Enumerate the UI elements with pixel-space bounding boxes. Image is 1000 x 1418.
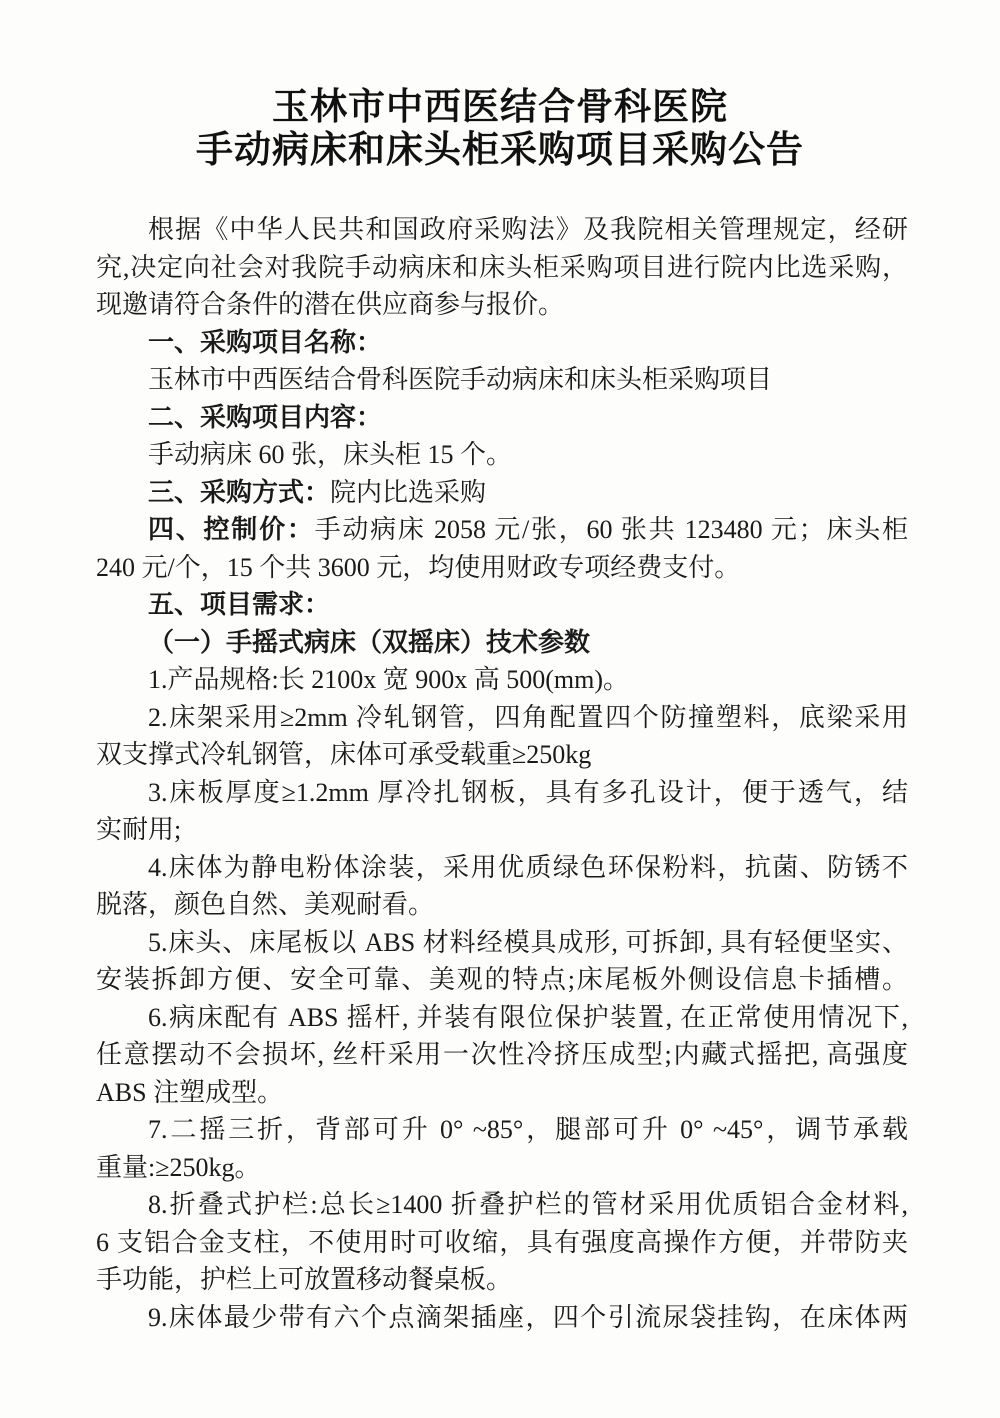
document-title-line-1: 玉林市中西医结合骨科医院 (0, 86, 1000, 129)
doc-line-23: 任意摆动不会损坏, 丝杆采用一次性冷挤压成型;内藏式摇把, 高强度 (96, 1036, 908, 1074)
doc-text: 安装拆卸方便、安全可靠、美观的特点;床尾板外侧设信息卡插槽。 (96, 965, 908, 994)
doc-line-5: 玉林市中西医结合骨科医院手动病床和床头柜采购项目 (96, 361, 908, 399)
document-body: 根据《中华人民共和国政府采购法》及我院相关管理规定，经研究,决定向社会对我院手动… (96, 211, 908, 1336)
doc-text: 4.床体为静电粉体涂装，采用优质绿色环保粉料，抗菌、防锈不 (148, 853, 908, 882)
doc-text: 现邀请符合条件的潜在供应商参与报价。 (96, 290, 564, 319)
doc-heading-text: 三、采购方式： (148, 477, 330, 507)
doc-line-18: 4.床体为静电粉体涂装，采用优质绿色环保粉料，抗菌、防锈不 (96, 849, 908, 887)
doc-text: 重量:≥250kg。 (96, 1153, 261, 1182)
doc-line-10: 240 元/个，15 个共 3600 元，均使用财政专项经费支付。 (96, 549, 908, 587)
doc-line-14: 2.床架采用≥2mm 冷轧钢管，四角配置四个防撞塑料，底梁采用 (96, 699, 908, 737)
doc-line-16: 3.床板厚度≥1.2mm 厚冷扎钢板，具有多孔设计，便于透气，结 (96, 774, 908, 812)
doc-text: 手动病床 2058 元/张，60 张共 123480 元；床头柜 (315, 515, 908, 544)
doc-line-4: 一、采购项目名称： (96, 324, 908, 362)
doc-line-11: 五、项目需求： (96, 586, 908, 624)
doc-line-8: 三、采购方式：院内比选采购 (96, 474, 908, 512)
doc-heading-text: 五、项目需求： (148, 589, 330, 619)
doc-line-22: 6.病床配有 ABS 摇杆, 并装有限位保护装置, 在正常使用情况下, (96, 999, 908, 1037)
doc-line-6: 二、采购项目内容： (96, 399, 908, 437)
doc-text: ABS 注塑成型。 (96, 1078, 283, 1107)
doc-line-20: 5.床头、床尾板以 ABS 材料经模具成形, 可拆卸, 具有轻便坚实、 (96, 924, 908, 962)
doc-text: 任意摆动不会损坏, 丝杆采用一次性冷挤压成型;内藏式摇把, 高强度 (96, 1040, 908, 1069)
doc-text: 2.床架采用≥2mm 冷轧钢管，四角配置四个防撞塑料，底梁采用 (148, 703, 908, 732)
doc-line-27: 8.折叠式护栏:总长≥1400 折叠护栏的管材采用优质铝合金材料, (96, 1186, 908, 1224)
doc-heading-text: （一）手摇式病床（双摇床）技术参数 (148, 628, 590, 657)
doc-line-28: 6 支铝合金支柱，不使用时可收缩，具有强度高操作方便，并带防夹 (96, 1224, 908, 1262)
doc-line-7: 手动病床 60 张，床头柜 15 个。 (96, 436, 908, 474)
doc-text: 玉林市中西医结合骨科医院手动病床和床头柜采购项目 (148, 365, 772, 394)
doc-text: 9.床体最少带有六个点滴架插座，四个引流尿袋挂钩，在床体两 (148, 1303, 908, 1332)
doc-heading-text: 二、采购项目内容： (148, 402, 382, 432)
doc-text: 院内比选采购 (330, 478, 486, 507)
doc-text: 根据《中华人民共和国政府采购法》及我院相关管理规定，经研 (148, 215, 908, 244)
doc-text: 手功能，护栏上可放置移动餐桌板。 (96, 1265, 512, 1294)
doc-text: 6.病床配有 ABS 摇杆, 并装有限位保护装置, 在正常使用情况下, (148, 1003, 908, 1032)
doc-text: 实耐用; (96, 815, 181, 844)
doc-heading-text: 一、采购项目名称： (148, 327, 382, 357)
doc-text: 双支撑式冷轧钢管，床体可承受载重≥250kg (96, 740, 591, 769)
doc-text: 6 支铝合金支柱，不使用时可收缩，具有强度高操作方便，并带防夹 (96, 1228, 908, 1257)
doc-line-3: 现邀请符合条件的潜在供应商参与报价。 (96, 286, 908, 324)
doc-text: 3.床板厚度≥1.2mm 厚冷扎钢板，具有多孔设计，便于透气，结 (148, 778, 908, 807)
doc-line-25: 7.二摇三折，背部可升 0° ~85°，腿部可升 0° ~45°，调节承载 (96, 1111, 908, 1149)
doc-line-24: ABS 注塑成型。 (96, 1074, 908, 1112)
doc-line-13: 1.产品规格:长 2100x 宽 900x 高 500(mm)。 (96, 661, 908, 699)
doc-line-21: 安装拆卸方便、安全可靠、美观的特点;床尾板外侧设信息卡插槽。 (96, 961, 908, 999)
doc-text: 7.二摇三折，背部可升 0° ~85°，腿部可升 0° ~45°，调节承载 (148, 1115, 908, 1144)
document-title: 玉林市中西医结合骨科医院 手动病床和床头柜采购项目采购公告 (0, 86, 1000, 172)
doc-line-12: （一）手摇式病床（双摇床）技术参数 (96, 624, 908, 662)
doc-text: 究,决定向社会对我院手动病床和床头柜采购项目进行院内比选采购， (96, 253, 908, 282)
doc-line-9: 四、控制价：手动病床 2058 元/张，60 张共 123480 元；床头柜 (96, 511, 908, 549)
doc-text: 脱落，颜色自然、美观耐看。 (96, 890, 434, 919)
document-title-line-2: 手动病床和床头柜采购项目采购公告 (0, 129, 1000, 172)
doc-line-15: 双支撑式冷轧钢管，床体可承受载重≥250kg (96, 736, 908, 774)
doc-text: 240 元/个，15 个共 3600 元，均使用财政专项经费支付。 (96, 553, 740, 582)
doc-text: 8.折叠式护栏:总长≥1400 折叠护栏的管材采用优质铝合金材料, (148, 1190, 908, 1219)
doc-line-2: 究,决定向社会对我院手动病床和床头柜采购项目进行院内比选采购， (96, 249, 908, 287)
doc-line-1: 根据《中华人民共和国政府采购法》及我院相关管理规定，经研 (96, 211, 908, 249)
doc-text: 5.床头、床尾板以 ABS 材料经模具成形, 可拆卸, 具有轻便坚实、 (148, 928, 908, 957)
doc-text: 1.产品规格:长 2100x 宽 900x 高 500(mm)。 (148, 665, 629, 694)
doc-text: 手动病床 60 张，床头柜 15 个。 (148, 440, 512, 469)
doc-line-29: 手功能，护栏上可放置移动餐桌板。 (96, 1261, 908, 1299)
doc-line-19: 脱落，颜色自然、美观耐看。 (96, 886, 908, 924)
doc-line-30: 9.床体最少带有六个点滴架插座，四个引流尿袋挂钩，在床体两 (96, 1299, 908, 1337)
doc-line-26: 重量:≥250kg。 (96, 1149, 908, 1187)
document-page: 玉林市中西医结合骨科医院 手动病床和床头柜采购项目采购公告 根据《中华人民共和国… (0, 0, 1000, 1418)
doc-heading-text: 四、控制价： (148, 514, 315, 544)
doc-line-17: 实耐用; (96, 811, 908, 849)
